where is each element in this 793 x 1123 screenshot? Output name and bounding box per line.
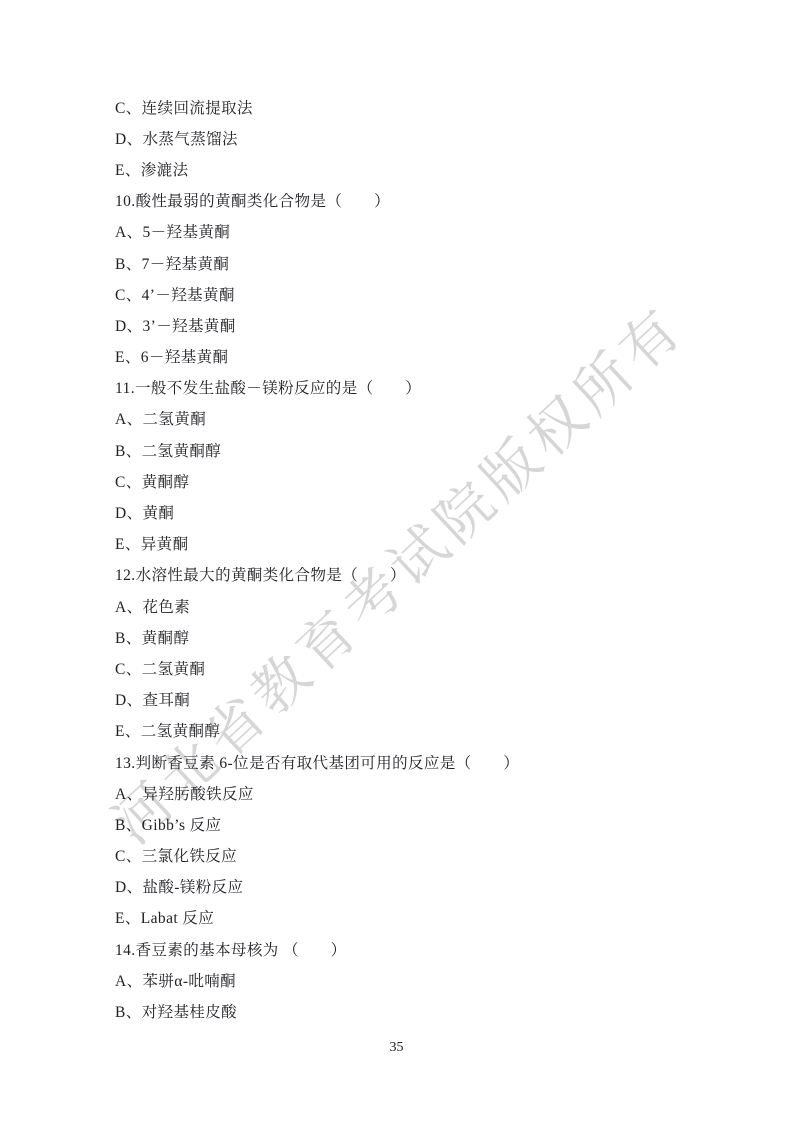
- option-line: A、异羟肟酸铁反应: [115, 777, 753, 808]
- option-line: B、黄酮醇: [115, 621, 753, 652]
- question-stem: 10.酸性最弱的黄酮类化合物是（ ）: [115, 185, 753, 216]
- option-line: C、黄酮醇: [115, 465, 753, 496]
- option-line: A、5－羟基黄酮: [115, 216, 753, 247]
- option-line: E、异黄酮: [115, 528, 753, 559]
- option-line: B、对羟基桂皮酸: [115, 995, 753, 1026]
- question-stem: 12.水溶性最大的黄酮类化合物是（ ）: [115, 559, 753, 590]
- option-line: C、连续回流提取法: [115, 91, 753, 122]
- option-line: E、6－羟基黄酮: [115, 341, 753, 372]
- question-stem: 14.香豆素的基本母核为 （ ）: [115, 933, 753, 964]
- document-page: 河北省教育考试院版权所有 C、连续回流提取法D、水蒸气蒸馏法E、渗漉法10.酸性…: [0, 0, 793, 1123]
- option-line: A、二氢黄酮: [115, 403, 753, 434]
- page-number: 35: [0, 1040, 793, 1056]
- option-line: A、花色素: [115, 590, 753, 621]
- option-line: C、4’－羟基黄酮: [115, 278, 753, 309]
- option-line: D、查耳酮: [115, 684, 753, 715]
- option-line: D、黄酮: [115, 496, 753, 527]
- option-line: C、二氢黄酮: [115, 652, 753, 683]
- option-line: E、Labat 反应: [115, 902, 753, 933]
- option-line: D、盐酸-镁粉反应: [115, 871, 753, 902]
- option-line: B、二氢黄酮醇: [115, 434, 753, 465]
- option-line: A、苯骈α-吡喃酮: [115, 964, 753, 995]
- question-stem: 13.判断香豆素 6-位是否有取代基团可用的反应是（ ）: [115, 746, 753, 777]
- option-line: E、渗漉法: [115, 153, 753, 184]
- option-line: D、水蒸气蒸馏法: [115, 122, 753, 153]
- question-list: C、连续回流提取法D、水蒸气蒸馏法E、渗漉法10.酸性最弱的黄酮类化合物是（ ）…: [115, 91, 753, 1027]
- question-stem: 11.一般不发生盐酸－镁粉反应的是（ ）: [115, 372, 753, 403]
- option-line: C、三氯化铁反应: [115, 840, 753, 871]
- option-line: B、7－羟基黄酮: [115, 247, 753, 278]
- option-line: D、3’－羟基黄酮: [115, 309, 753, 340]
- option-line: B、Gibb’s 反应: [115, 808, 753, 839]
- option-line: E、二氢黄酮醇: [115, 715, 753, 746]
